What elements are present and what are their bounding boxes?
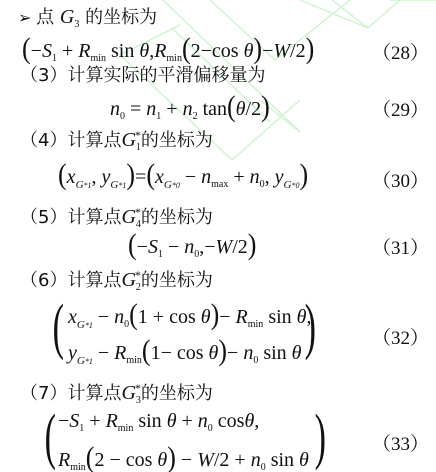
equation-number-31: （31）: [372, 233, 429, 260]
heading-step-6: （6）计算点G2*的坐标为: [20, 263, 213, 300]
equation-number-30: （30）: [372, 166, 429, 193]
equation-number-28: （28）: [372, 38, 429, 65]
heading-step-4: （4）计算点G1*的坐标为: [20, 123, 213, 160]
equation-33-row-1: −S1 + Rmin sin θ + n0 cosθ,: [58, 410, 259, 434]
bullet-heading-g3: ➢ 点 G3 的坐标为: [18, 5, 157, 37]
equation-31: (−S1 − n0,−W/2): [128, 230, 256, 260]
equation-number-29: （29）: [372, 95, 429, 122]
equation-28: (−S1 + Rmin sin θ,Rmin(2−cos θ)−W/2): [22, 34, 314, 64]
equation-30: (xG*1, yG*1)=(xG*0 − nmax + n0, yG*0): [58, 160, 308, 191]
subscript-g1-star: G*1: [76, 179, 92, 191]
arrow-bullet-icon: ➢: [18, 8, 31, 27]
equation-32-row-1: xG*1 − n0(1 + cos θ)− Rmin sin θ,: [68, 300, 311, 331]
equation-32-row-2: yG*1 − Rmin(1− cos θ)− n0 sin θ: [68, 336, 301, 367]
equation-number-33: （33）: [372, 429, 429, 456]
equation-number-32: （32）: [372, 323, 429, 350]
equation-33-row-2: Rmin(2 − cos θ) − W/2 + n0 sin θ: [58, 443, 309, 472]
equation-29: n0 = n1 + n2 tan(θ/2): [110, 92, 270, 122]
heading-step-3: （3）计算实际的平滑偏移量为: [20, 64, 265, 88]
